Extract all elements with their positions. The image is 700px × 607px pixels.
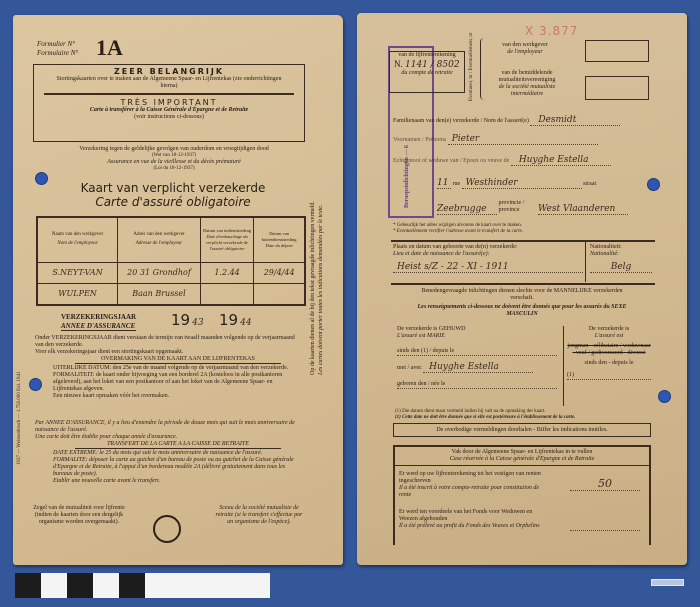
fund-nl: Er werd ten voordeele van het Fonds voor…: [399, 509, 549, 523]
year-value: 43: [192, 318, 203, 328]
instruction-text: Voor elk verzekeringsjaar dient een stor…: [35, 349, 295, 356]
firstname-value: Pieter: [448, 134, 598, 145]
header-nl: Datum van indiensttreding: [202, 228, 252, 234]
year-field-1: 1943: [171, 311, 204, 329]
account-label-nl: van de lijfrenterekening: [390, 52, 464, 59]
new-card-fr: Etablir une nouvelle carte avant le tran…: [35, 478, 295, 485]
table-row: S.NEYT-VAN 20 31 Grondhof 1.2.44 29/4/44: [38, 262, 305, 283]
year-label: VERZEKERINGSJAAR ANNEE D'ASSURANCE: [61, 313, 136, 331]
street-field: 11 rue Westhinder straat: [437, 178, 657, 189]
card-title: Kaart van verplicht verzekerde Carte d'a…: [13, 181, 333, 209]
mutual-ref: van de bemiddelende mutualiteitsvereenig…: [485, 70, 569, 98]
instruction-text: Une carte doit être établie pour chaque …: [35, 434, 295, 441]
birth-label-nl: Plaats en datum van geboorte van de(n) v…: [393, 244, 583, 251]
cell-end-date: [254, 283, 305, 304]
notice-text-fr: Carte à transférer à la Caisse Générale …: [34, 107, 304, 114]
with-value: Huyghe Estella: [423, 362, 533, 373]
insurance-law-block: Verzekering tegen de geldelijke gevolgen…: [19, 146, 329, 172]
employer-ref-fr: de l'employeur: [485, 49, 565, 56]
nationality-label-fr: Nationalité:: [590, 251, 652, 258]
header-fr: Adresse de l'employeur: [119, 241, 199, 247]
city-province-field: Zeebrugge provincie / province West Vlaa…: [437, 200, 657, 215]
date-notes: (1) Die datum dient maar vermeld indien …: [395, 409, 655, 421]
instructions-fr: Par ANNEE D'ASSURANCE, il y a lieu d'ent…: [35, 420, 295, 485]
married-block: De verzekerde is GEHUWD L'assuré est MAR…: [397, 326, 557, 389]
notice-title-fr: TRÈS IMPORTANT: [34, 98, 304, 107]
since-label: sinds den (1) / depuis le: [397, 348, 557, 356]
reserved-title-nl: Vak door de Algemeene Spaar- en Lijfrent…: [395, 449, 649, 456]
with-label: met / avec: [397, 365, 422, 371]
cell-start-date: [200, 283, 253, 304]
footnote-fr: * Eventuellement rectifier l'adresse ava…: [393, 229, 523, 235]
date-note-fr: (1) Cette date ne doit être donnée que s…: [395, 415, 655, 421]
birth-field: Plaats en datum van geboorte van de(n) v…: [393, 244, 583, 273]
reserved-title-fr: Case réservée à la Caisse générale d'Epa…: [395, 456, 649, 463]
insurance-card-back: X 3.877 Beroepsinlichtingen — 6 van de l…: [357, 13, 687, 565]
firstname-label: Voornamen / Prénoms: [393, 137, 446, 143]
mutual-ref-box[interactable]: [585, 76, 649, 100]
scale-segment-black: [15, 573, 41, 598]
employer-ref: van den werkgever de l'employeur: [485, 42, 565, 56]
card-title-fr: Carte d'assuré obligatoire: [13, 195, 333, 209]
fund-fr: Il a été prélevé au profit du Fonds des …: [399, 523, 549, 530]
formality-fr: FORMALITE: déposer la carte au guichet d…: [35, 457, 295, 478]
seal-note-fr: Sceau de la société mutualiste de retrai…: [213, 505, 305, 526]
firstname-field: Voornamen / Prénoms Pieter: [393, 134, 653, 145]
insurance-fr: Assurance en vue de la vieillesse et du …: [19, 159, 329, 166]
divider: [585, 242, 586, 282]
status-fr: L'assuré est: [567, 333, 651, 340]
header-start-date: Datum van indiensttredingDate d'embaucha…: [200, 218, 253, 263]
transfer-title-fr: TRANSFERT DE LA CARTE A LA CAISSE DE RET…: [75, 441, 281, 449]
important-notice-box: ZEER BELANGRIJK Stortingskaarten over te…: [33, 64, 305, 142]
spouse-field: Echtgenoot of weduwe van / Epoux ou veuv…: [393, 155, 653, 166]
reserved-title: Vak door de Algemeene Spaar- en Lijfrent…: [395, 447, 649, 466]
birth-label-fr: Lieu et date de naissance de l'assuré(e)…: [393, 251, 583, 258]
form-label: Formulier N° Formulaire N°: [37, 40, 78, 57]
divider: [391, 240, 655, 242]
birth-value: Heist s/Z - 22 - XI - 1911: [393, 262, 583, 273]
punch-hole: [658, 390, 671, 403]
fund-value: [570, 521, 640, 531]
province-label: provincie / province: [499, 200, 537, 214]
surname-label: Familienaam van den(e) verzekerde / Nom …: [393, 118, 529, 124]
notice-text-nl: Stortingskaarten over te maken aan de Al…: [34, 76, 304, 90]
married-nl: De verzekerde is GEHUWD: [397, 326, 557, 333]
status-block: De verzekerde is L'assuré est jongman - …: [567, 326, 651, 380]
scale-segment-white: [93, 573, 119, 598]
divider: [44, 93, 294, 95]
punch-hole: [35, 172, 48, 185]
born-label: geboren den / née le: [397, 381, 557, 389]
law-fr: (Loi du 18-12-1937): [19, 166, 329, 172]
nationality-field: Nationaliteit: Nationalité: Belg: [590, 244, 652, 273]
nationality-value: Belg: [590, 262, 652, 273]
surname-value: Desmidt: [530, 115, 620, 126]
employer-table-header: Naam van den werkgeverNom de l'employeur…: [38, 218, 305, 263]
divider: [563, 326, 564, 406]
account-label-fr: du compte de retraite: [390, 70, 464, 77]
formality-nl: FORMALITEIT: de kaart onder bijvoeging v…: [35, 372, 295, 393]
header-end-date: Datum van buitendiensttredingDate du dép…: [254, 218, 305, 263]
scale-segment-black: [67, 573, 93, 598]
cell-start-date: 1.2.44: [200, 262, 253, 283]
scale-segment-black: [119, 573, 145, 598]
table-row: WULPEN Baan Brussel: [38, 283, 305, 304]
surname-field: Familienaam van den(e) verzekerde / Nom …: [393, 115, 653, 126]
color-scale-bar: [15, 573, 270, 598]
year-label-fr: ANNEE D'ASSURANCE: [61, 322, 136, 332]
credited-fr: Il a été inscrit à votre compte-retraite…: [399, 485, 549, 499]
reserved-box: Vak door de Algemeene Spaar- en Lijfrent…: [393, 445, 651, 545]
spouse-label: Echtgenoot of weduwe van / Epoux ou veuv…: [393, 158, 509, 164]
cell-employer-address: 20 31 Grondhof: [118, 262, 201, 283]
header-fr: Date d'embauchage du verplicht verzekerd…: [202, 234, 252, 252]
insurance-card-front: Formulier N° Formulaire N° 1A ZEER BELAN…: [13, 15, 343, 565]
form-label-nl: Formulier N°: [37, 40, 78, 49]
year-prefix: 19: [171, 311, 190, 329]
header-nl: Datum van buitendiensttreding: [255, 231, 303, 243]
instructions-nl: Onder VERZEKERINGSJAAR dient verstaan de…: [35, 335, 295, 400]
city-value: Zeebrugge: [437, 204, 497, 215]
notice-text-fr-2: (voir instructions ci-dessous): [34, 114, 304, 121]
side-note-nl: Op de kaarten dienen al de bij den tekst…: [310, 201, 317, 375]
insurance-nl: Verzekering tegen de geldelijke gevolgen…: [19, 146, 329, 153]
street-suffix: straat: [583, 181, 596, 187]
male-info-fr: Les renseignements ci-dessous ne doivent…: [407, 304, 637, 318]
credited-nl: Er werd op uw lijfrenterekening tot het …: [399, 471, 549, 485]
header-nl: Naam van den werkgever: [39, 232, 116, 238]
mutual-ref-nl: van de bemiddelende mutualiteitsvereenig…: [485, 70, 569, 84]
seal-circle: [153, 515, 181, 543]
strike-note: De overbodige vermeldingen doorhalen - B…: [393, 423, 651, 437]
status-nl: De verzekerde is: [567, 326, 651, 333]
cell-end-date: 29/4/44: [254, 262, 305, 283]
form-number: 1A: [96, 35, 123, 61]
header-employer-address: Adres van den werkgeverAdresse de l'empl…: [118, 218, 201, 263]
punch-hole: [647, 178, 660, 191]
employer-ref-box[interactable]: [585, 40, 649, 62]
scale-segment-white: [145, 573, 270, 598]
transfer-title-nl: OVERMAKING VAN DE KAART AAN DE LIJFRENTE…: [75, 356, 281, 364]
scale-segment-white: [41, 573, 67, 598]
credited-value: 50: [570, 477, 640, 491]
header-employer-name: Naam van den werkgeverNom de l'employeur: [38, 218, 118, 263]
divider: [391, 283, 655, 285]
header-fr: Date du départ: [255, 243, 303, 249]
deadline-fr: DATE EXTREME: le 25 du mois qui suit le …: [35, 450, 295, 457]
street-value: Westhinder: [462, 178, 582, 189]
year-prefix: 19: [219, 311, 238, 329]
cell-employer-name: S.NEYT-VAN: [38, 262, 118, 283]
year-value: 44: [240, 318, 251, 328]
account-prefix: N.: [394, 59, 403, 69]
eventual-label: Eventueel, nr / Eventuellement, nr: [469, 32, 475, 101]
mutual-ref-fr: de la société mutualiste intermédiaire: [485, 84, 569, 98]
red-stamp-number: X 3.877: [525, 24, 578, 38]
punch-hole: [29, 378, 42, 391]
seal-note-nl: Zegel van de mutualiteit voor lijfrente …: [33, 505, 125, 526]
account-number: 1141 / 8502: [405, 60, 460, 70]
credited-label: Er werd op uw lijfrenterekening tot het …: [399, 471, 549, 499]
card-title-nl: Kaart van verplicht verzekerde: [13, 181, 333, 195]
province-value: West Vlaanderen: [538, 204, 628, 215]
instruction-text: Onder VERZEKERINGSJAAR dient verstaan de…: [35, 335, 295, 349]
cell-employer-address: Baan Brussel: [118, 283, 201, 304]
address-footnotes: * Gebeurlijk het adres wijzigen alvorens…: [393, 223, 523, 235]
year-field-2: 1944: [219, 311, 252, 329]
header-fr: Nom de l'employeur: [39, 241, 116, 247]
street-label: rue: [453, 181, 461, 187]
fund-label: Er werd ten voordeele van het Fonds voor…: [399, 509, 549, 530]
status-options: jongman - célibataire / weduwnaar - veuf…: [567, 343, 651, 357]
header-nl: Adres van den werkgever: [119, 232, 199, 238]
notice-title-nl: ZEER BELANGRIJK: [34, 67, 304, 76]
married-fr: L'assuré est MARIE: [397, 333, 557, 340]
status-date: (1): [567, 372, 651, 380]
deadline-nl: UITERLIJKE DATUM: den 25e van de maand v…: [35, 365, 295, 372]
employer-table: Naam van den werkgeverNom de l'employeur…: [36, 216, 306, 306]
nationality-label-nl: Nationaliteit:: [590, 244, 652, 251]
side-note-fr: Les cartes doivent porter toutes les ind…: [318, 205, 325, 375]
employer-ref-nl: van den werkgever: [485, 42, 565, 49]
form-label-fr: Formulaire N°: [37, 49, 78, 58]
address-number: 11: [437, 178, 451, 189]
new-card-nl: Een nieuwe kaart opmaken vóór het overma…: [35, 393, 295, 400]
printer-note: 1937 — Weissenbruch — 1.750.000 Exl. 194…: [17, 371, 23, 465]
spouse-value: Huyghe Estella: [511, 155, 611, 166]
archive-label-tag: [651, 579, 684, 586]
cell-employer-name: WULPEN: [38, 283, 118, 304]
instruction-text: Par ANNEE D'ASSURANCE, il y a lieu d'ent…: [35, 420, 295, 434]
account-number-box: van de lijfrenterekening N. 1141 / 8502 …: [389, 51, 465, 93]
year-label-nl: VERZEKERINGSJAAR: [61, 313, 136, 322]
status-since: sinds den - depuis le: [567, 360, 651, 367]
male-info-nl: Benedengevraagde inlichtingen dienen sle…: [417, 288, 627, 302]
